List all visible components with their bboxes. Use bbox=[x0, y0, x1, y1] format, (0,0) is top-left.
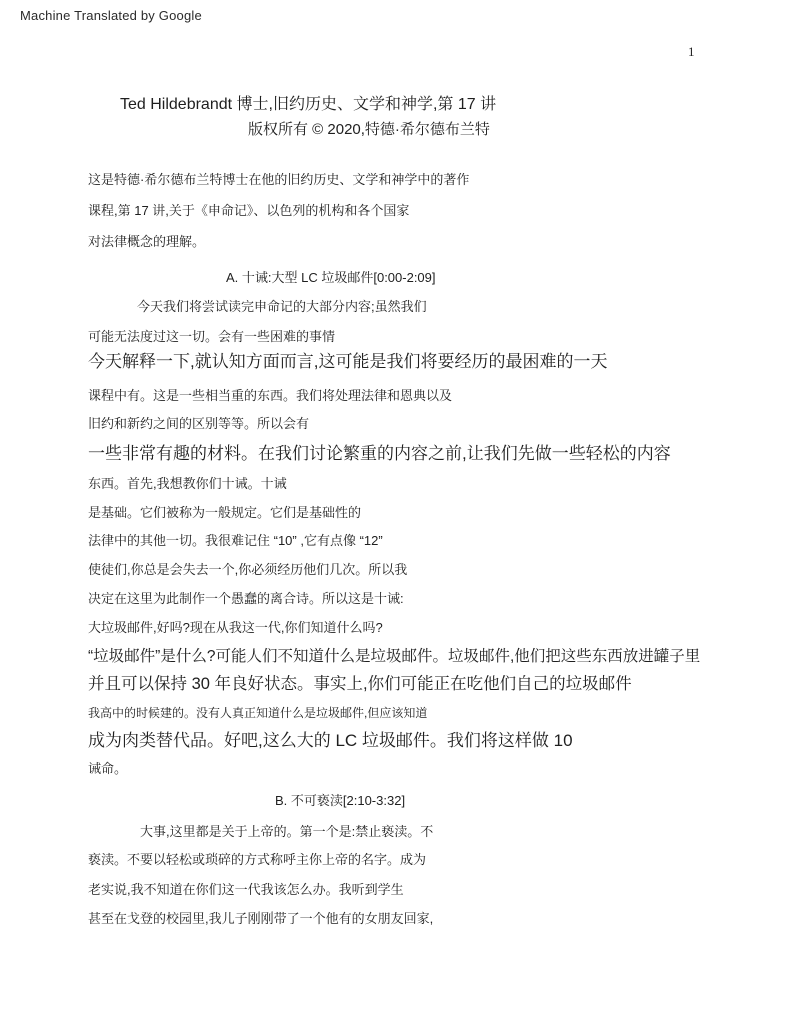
text-line: 这是特德·希尔德布兰特博士在他的旧约历史、文学和神学中的著作 bbox=[88, 172, 469, 188]
text-line: 可能无法度过这一切。会有一些困难的事情 bbox=[88, 329, 335, 345]
text-line: 旧约和新约之间的区别等等。所以会有 bbox=[88, 416, 309, 432]
text-line: 课程,第 17 讲,关于《申命记》、以色列的机构和各个国家 bbox=[88, 203, 409, 219]
text-line: 今天我们将尝试读完申命记的大部分内容;虽然我们 bbox=[137, 299, 427, 315]
text-line: 诫命。 bbox=[88, 761, 127, 777]
text-line: 决定在这里为此制作一个愚蠢的离合诗。所以这是十诫: bbox=[88, 591, 404, 607]
text-line: 课程中有。这是一些相当重的东西。我们将处理法律和恩典以及 bbox=[88, 388, 452, 404]
text-line: 我高中的时候建的。没有人真正知道什么是垃圾邮件,但应该知道 bbox=[88, 706, 427, 720]
section-a-heading: A. 十诫:大型 LC 垃圾邮件[0:00-2:09] bbox=[226, 270, 436, 286]
text-line: 甚至在戈登的校园里,我儿子刚刚带了一个他有的女朋友回家, bbox=[88, 911, 433, 927]
document-body: Ted Hildebrandt 博士,旧约历史、文学和神学,第 17 讲版权所有… bbox=[0, 0, 791, 1024]
text-line: 成为肉类替代品。好吧,这么大的 LC 垃圾邮件。我们将这样做 10 bbox=[88, 731, 573, 751]
text-line: 亵渎。不要以轻松或琐碎的方式称呼主你上帝的名字。成为 bbox=[88, 852, 426, 868]
section-b-heading: B. 不可亵渎[2:10-3:32] bbox=[275, 793, 405, 809]
text-line: 大事,这里都是关于上帝的。第一个是:禁止亵渎。不 bbox=[140, 824, 433, 840]
text-line: “垃圾邮件”是什么?可能人们不知道什么是垃圾邮件。垃圾邮件,他们把这些东西放进罐… bbox=[88, 648, 700, 667]
text-line: 大垃圾邮件,好吗?现在从我这一代,你们知道什么吗? bbox=[88, 620, 383, 636]
text-line: 使徒们,你总是会失去一个,你必须经历他们几次。所以我 bbox=[88, 562, 407, 578]
document-page: Machine Translated by Google 1 Ted Hilde… bbox=[0, 0, 791, 1024]
text-line: 老实说,我不知道在你们这一代我该怎么办。我听到学生 bbox=[88, 882, 404, 898]
text-line: 对法律概念的理解。 bbox=[88, 234, 205, 250]
copyright-line: 版权所有 © 2020,特德·希尔德布兰特 bbox=[248, 121, 490, 139]
text-line: 东西。首先,我想教你们十诫。十诫 bbox=[88, 476, 287, 492]
doc-title: Ted Hildebrandt 博士,旧约历史、文学和神学,第 17 讲 bbox=[120, 95, 496, 114]
text-line: 并且可以保持 30 年良好状态。事实上,你们可能正在吃他们自己的垃圾邮件 bbox=[88, 675, 632, 695]
text-line: 一些非常有趣的材料。在我们讨论繁重的内容之前,让我们先做一些轻松的内容 bbox=[88, 444, 671, 464]
text-line: 法律中的其他一切。我很难记住 “10” ,它有点像 “12” bbox=[88, 533, 383, 549]
text-line: 是基础。它们被称为一般规定。它们是基础性的 bbox=[88, 505, 361, 521]
text-line: 今天解释一下,就认知方面而言,这可能是我们将要经历的最困难的一天 bbox=[88, 352, 607, 372]
